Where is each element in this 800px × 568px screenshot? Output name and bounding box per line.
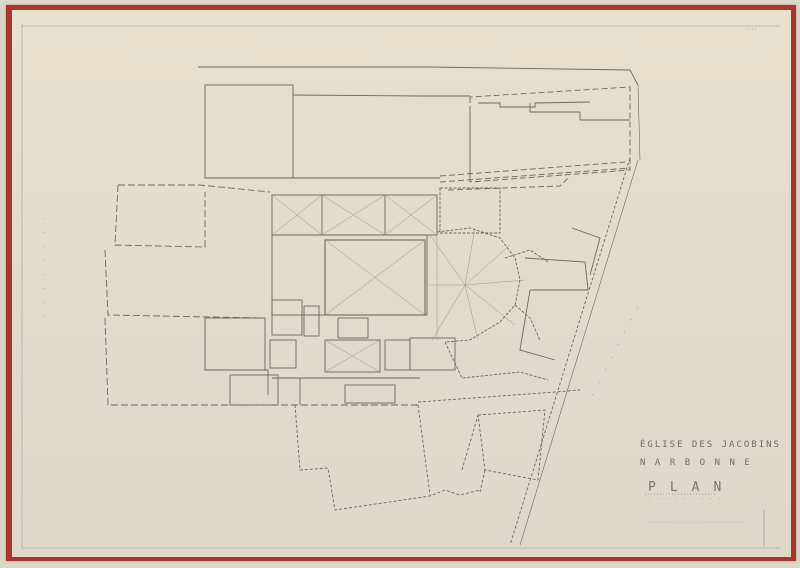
street-edge: [510, 85, 640, 545]
street-label-left: · · · · · · · ·: [42, 213, 48, 318]
apse: [437, 188, 548, 380]
upper-blocks: [198, 67, 638, 182]
church-nave: [272, 195, 455, 405]
left-rooms: [205, 318, 296, 405]
title-block: ÉGLISE DES JACOBINS NARBONNE PLAN · · · …: [640, 440, 790, 501]
right-wing: [440, 162, 630, 360]
scale-note: · · · · · · · · ·: [648, 496, 790, 501]
title-church-name: ÉGLISE DES JACOBINS: [640, 440, 790, 450]
lower-blocks: [295, 390, 580, 510]
title-plan: PLAN: [648, 480, 790, 495]
footnote: — — — — — — — — — — — — — — — — — — — — …: [645, 520, 748, 524]
title-city: NARBONNE: [640, 458, 790, 468]
reference-mark: ····: [745, 27, 757, 33]
